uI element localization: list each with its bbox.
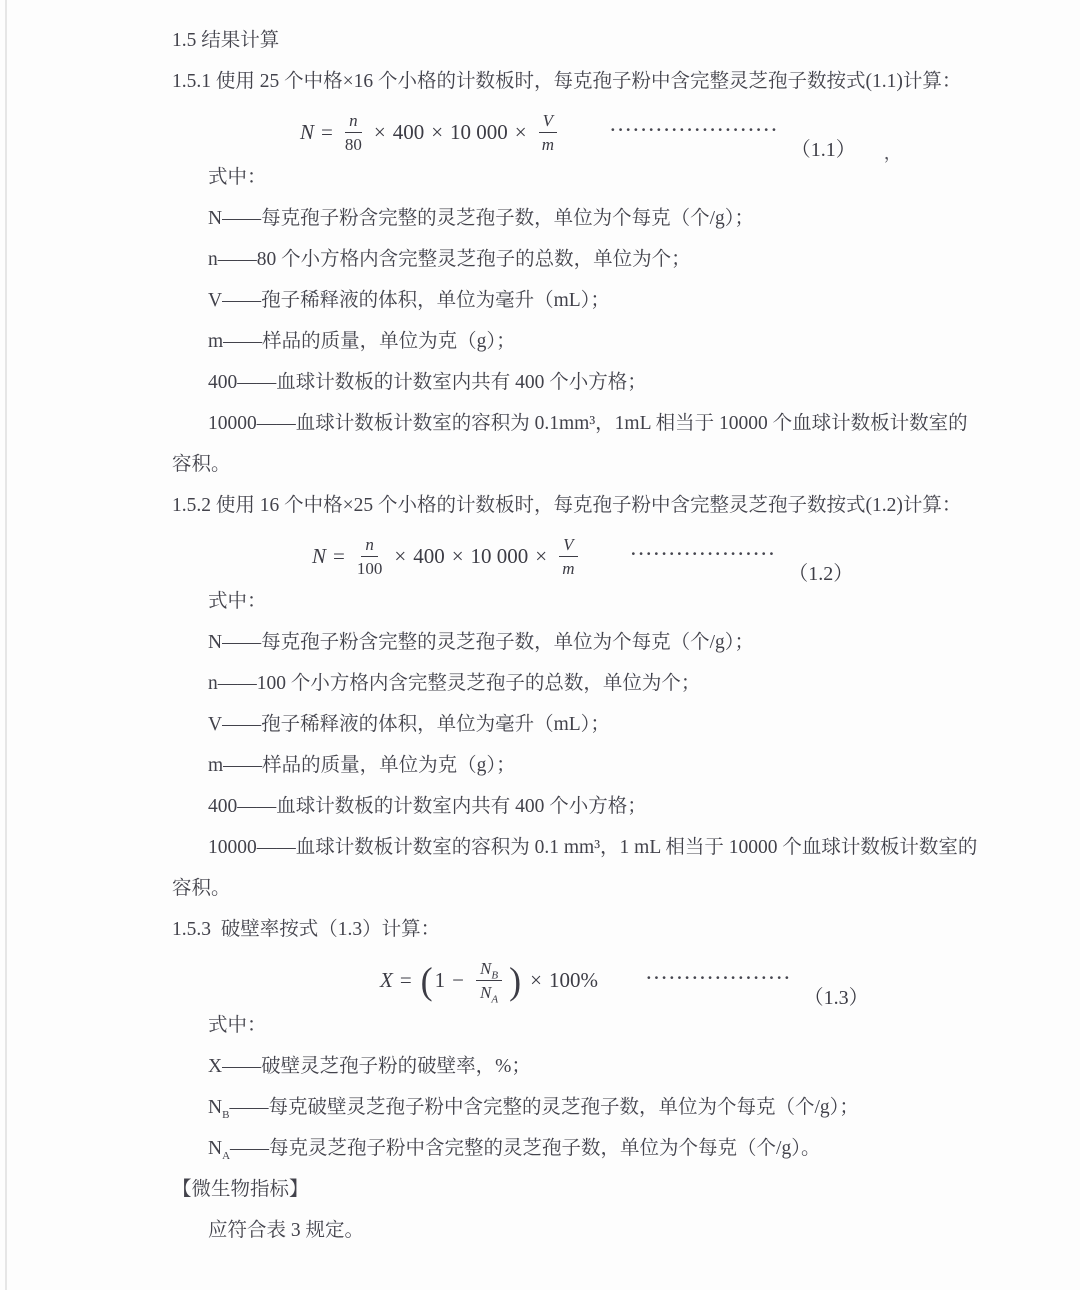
- formula-1-1-lhs: N: [300, 120, 314, 145]
- subscript-A: A: [491, 993, 498, 1005]
- equation-number-1-2: （1.2）: [788, 557, 853, 586]
- micro-indicator-heading: 【微生物指标】: [172, 1179, 950, 1201]
- definition-V: V——孢子稀释液的体积，单位为毫升（mL）；: [208, 290, 950, 312]
- factor-10000: 10 000: [450, 120, 508, 145]
- definition-m: m——样品的质量，单位为克（g）；: [208, 755, 950, 777]
- fraction-nb-over-na: NB NA: [476, 960, 502, 1001]
- factor-10000: 10 000: [471, 544, 529, 569]
- definition-10000-continuation: 容积。: [172, 454, 950, 476]
- multiply-sign: ×: [452, 544, 464, 569]
- definition-NA: NA——每克灵芝孢子粉中含完整的灵芝孢子数，单位为个每克（个/g）。: [208, 1138, 950, 1160]
- multiply-sign: ×: [394, 544, 406, 569]
- subscript-B: B: [491, 969, 498, 981]
- scan-edge-line: [5, 0, 7, 1290]
- clause-1-5-2-heading: 1.5.2 使用 16 个中格×25 个小格的计数板时，每克孢子粉中含完整灵芝孢…: [172, 495, 950, 517]
- formula-1-1: N = n 80 × 400 × 10 000 × V m ··········…: [300, 112, 950, 153]
- dot-leader: ···················: [646, 968, 792, 988]
- formula-1-3: X = ( 1 − NB NA ) × 100% ···············…: [380, 960, 950, 1001]
- formula-1-2: N = n 100 × 400 × 10 000 × V m ·········…: [312, 536, 950, 577]
- multiply-sign: ×: [374, 120, 386, 145]
- definition-10000: 10000——血球计数板计数室的容积为 0.1 mm³，1 mL 相当于 100…: [208, 837, 950, 859]
- definition-NB: NB——每克破壁灵芝孢子粉中含完整的灵芝孢子数，单位为个每克（个/g）；: [208, 1097, 950, 1119]
- where-label: 式中：: [208, 591, 950, 613]
- definition-10000: 10000——血球计数板计数室的容积为 0.1mm³，1mL 相当于 10000…: [208, 413, 950, 435]
- where-label: 式中：: [208, 167, 950, 189]
- formula-1-2-lhs: N: [312, 544, 326, 569]
- dot-leader: ······················: [610, 120, 779, 140]
- multiply-sign: ×: [515, 120, 527, 145]
- micro-indicator-body: 应符合表 3 规定。: [208, 1220, 950, 1242]
- definition-m: m——样品的质量，单位为克（g）；: [208, 331, 950, 353]
- trailing-comma: ，: [884, 139, 902, 165]
- multiply-sign: ×: [431, 120, 443, 145]
- where-label: 式中：: [208, 1015, 950, 1037]
- fraction-n-over-80: n 80: [345, 112, 362, 153]
- formula-1-3-lhs: X: [380, 968, 393, 993]
- equals-sign: =: [400, 968, 412, 993]
- subscript-A: A: [222, 1150, 230, 1162]
- factor-400: 400: [413, 544, 445, 569]
- fraction-v-over-m: V m: [539, 112, 557, 153]
- definition-N: N——每克孢子粉含完整的灵芝孢子数，单位为个每克（个/g）；: [208, 632, 950, 654]
- document-page: 1.5 结果计算 1.5.1 使用 25 个中格×16 个小格的计数板时，每克孢…: [0, 0, 1080, 1290]
- definition-V: V——孢子稀释液的体积，单位为毫升（mL）；: [208, 714, 950, 736]
- constant-one: 1: [435, 968, 446, 993]
- definition-X: X——破壁灵芝孢子粉的破壁率，%；: [208, 1056, 950, 1078]
- definition-400: 400——血球计数板的计数室内共有 400 个小方格；: [208, 372, 950, 394]
- multiply-sign: ×: [530, 968, 542, 993]
- multiply-sign: ×: [535, 544, 547, 569]
- minus-sign: −: [452, 968, 464, 993]
- definition-N: N——每克孢子粉含完整的灵芝孢子数，单位为个每克（个/g）；: [208, 208, 950, 230]
- percent-100: 100%: [549, 968, 598, 993]
- definition-10000-continuation: 容积。: [172, 878, 950, 900]
- definition-n: n——100 个小方格内含完整灵芝孢子的总数，单位为个；: [208, 673, 950, 695]
- dot-leader: ···················: [631, 544, 777, 564]
- equation-number-1-3: （1.3）: [804, 981, 869, 1010]
- equation-number-1-1: （1.1）: [791, 133, 856, 162]
- fraction-v-over-m: V m: [559, 536, 577, 577]
- equals-sign: =: [333, 544, 345, 569]
- factor-400: 400: [393, 120, 425, 145]
- equals-sign: =: [321, 120, 333, 145]
- clause-1-5-3-heading: 1.5.3 破壁率按式（1.3）计算：: [172, 919, 950, 941]
- clause-1-5-1-heading: 1.5.1 使用 25 个中格×16 个小格的计数板时，每克孢子粉中含完整灵芝孢…: [172, 71, 950, 93]
- fraction-n-over-100: n 100: [357, 536, 383, 577]
- definition-n: n——80 个小方格内含完整灵芝孢子的总数，单位为个；: [208, 249, 950, 271]
- section-1-5-heading: 1.5 结果计算: [172, 30, 950, 52]
- definition-400: 400——血球计数板的计数室内共有 400 个小方格；: [208, 796, 950, 818]
